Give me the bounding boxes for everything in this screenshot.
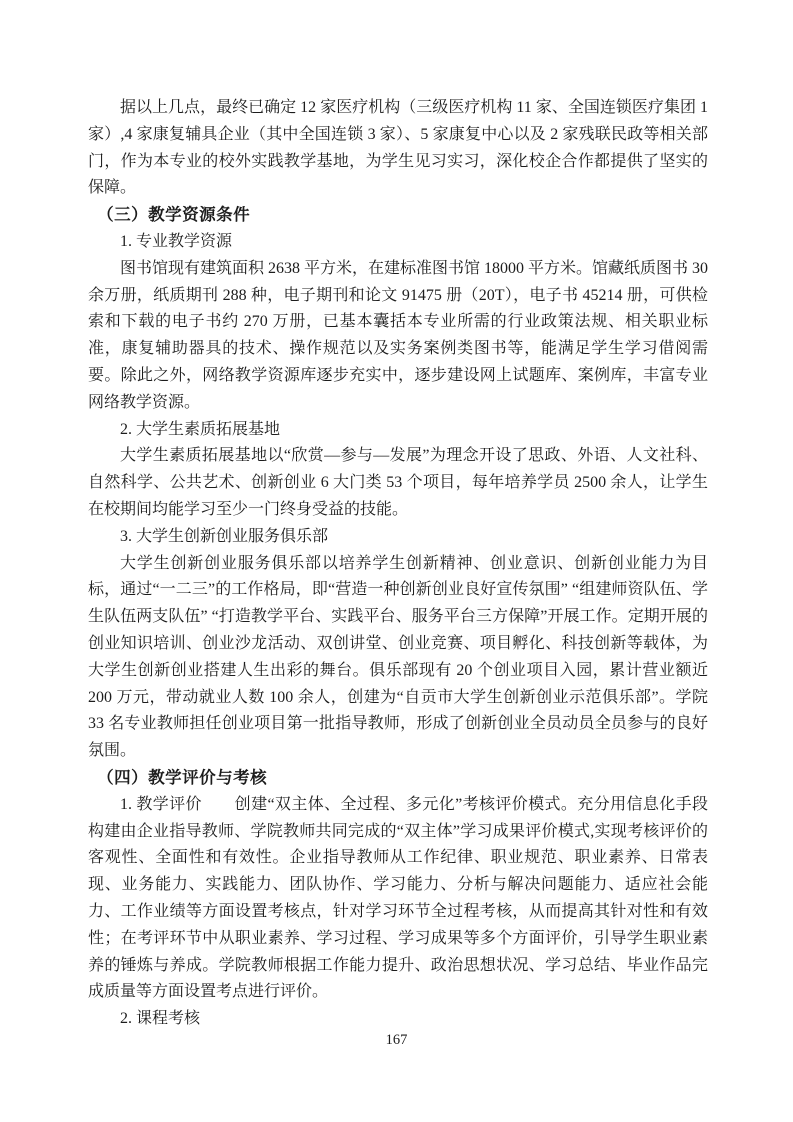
paragraph-quality-development-base: 大学生素质拓展基地以“欣赏—参与—发展”为理念开设了思政、外语、人文社科、自然科… [88,443,708,523]
heading-section-3-teaching-resource-conditions: （三）教学资源条件 [88,202,708,229]
paragraph-practice-bases-summary: 据以上几点，最终已确定 12 家医疗机构（三级医疗机构 11 家、全国连锁医疗集… [88,95,708,202]
paragraph-innovation-entrepreneurship-club: 大学生创新创业服务俱乐部以培养学生创新精神、创业意识、创新创业能力为目标，通过“… [88,551,708,765]
subheading-1-professional-teaching-resources: 1. 专业教学资源 [88,229,708,256]
paragraph-library-resources: 图书馆现有建筑面积 2638 平方米，在建标准图书馆 18000 平方米。馆藏纸… [88,256,708,417]
subheading-3-innovation-entrepreneurship-club: 3. 大学生创新创业服务俱乐部 [88,524,708,551]
subheading-2-course-assessment: 2. 课程考核 [88,1006,708,1033]
page-number: 167 [0,1032,793,1049]
heading-section-4-teaching-evaluation-assessment: （四）教学评价与考核 [88,765,708,792]
subheading-2-student-quality-development-base: 2. 大学生素质拓展基地 [88,417,708,444]
paragraph-teaching-evaluation: 1. 教学评价 创建“双主体、全过程、多元化”考核评价模式。充分用信息化手段构建… [88,792,708,1006]
document-page: 据以上几点，最终已确定 12 家医疗机构（三级医疗机构 11 家、全国连锁医疗集… [0,0,793,1122]
document-content: 据以上几点，最终已确定 12 家医疗机构（三级医疗机构 11 家、全国连锁医疗集… [88,95,708,1033]
